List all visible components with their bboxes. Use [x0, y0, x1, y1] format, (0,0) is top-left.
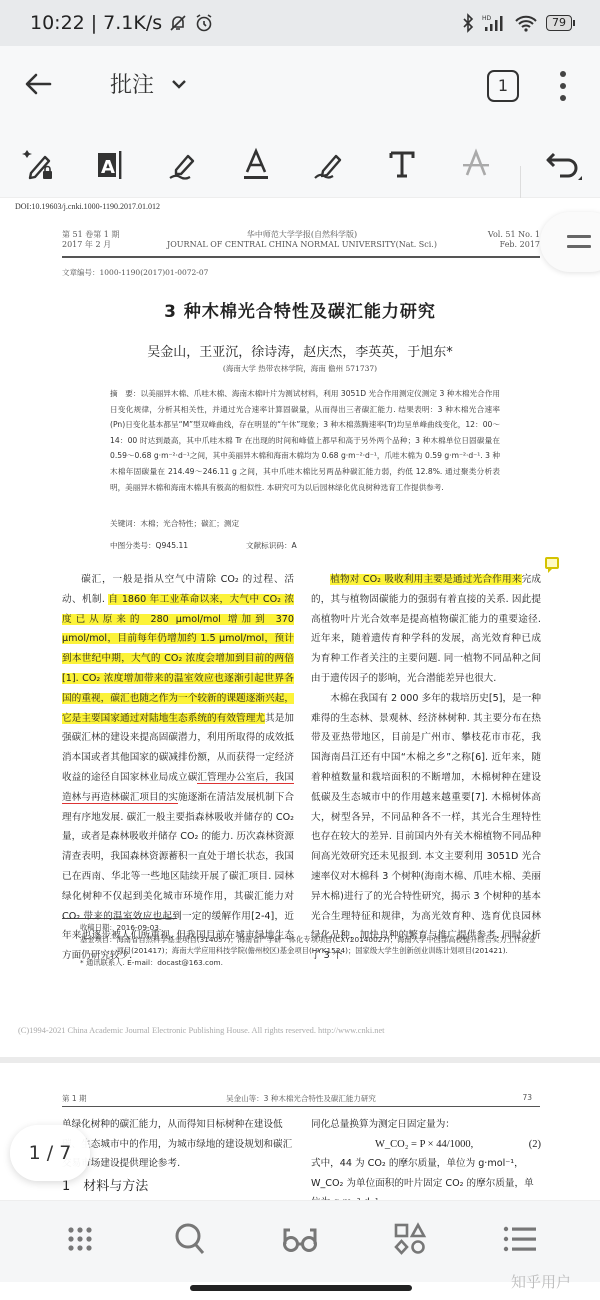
bottom-navigation: [0, 1200, 600, 1282]
network-speed: 7.1K/s: [103, 12, 162, 34]
shapes-icon: [393, 1222, 427, 1256]
mode-selector[interactable]: 批注: [110, 68, 188, 99]
formula-number: (2): [529, 1135, 541, 1155]
article-number: 文章编号：1000-1190(2017)01-0072-07: [62, 267, 208, 278]
pen-icon: [311, 147, 345, 181]
tools-button[interactable]: [390, 1219, 430, 1259]
section-heading: 1 材料与方法: [62, 1177, 294, 1197]
text-select-tool[interactable]: A: [90, 144, 130, 184]
highlighter-tool[interactable]: [162, 144, 202, 184]
underline-icon: [239, 147, 273, 181]
undo-button[interactable]: [544, 144, 584, 184]
mode-title: 批注: [110, 68, 154, 99]
highlight-annotation[interactable]: 植物对 CO₂ 吸收利用主要是通过光合作用来: [330, 574, 521, 585]
footnote-divider: [62, 918, 177, 919]
abstract: 摘 要：以美丽异木棉、爪哇木棉、海南木棉叶片为测试材料，利用 3051D 光合作…: [110, 386, 500, 495]
body-text: 完成的，其与植物固碳能力的强弱有着直接的关系. 因此提高植物叶片光合效率是提高植…: [311, 574, 541, 684]
strikethrough-tool[interactable]: [456, 144, 496, 184]
clc-number: 中图分类号：Q945.11: [110, 541, 188, 550]
text-tool[interactable]: [382, 144, 422, 184]
back-arrow-icon: [22, 68, 54, 100]
formula-expression: W_CO₂ = P × 44/1000,: [375, 1135, 473, 1155]
dot-icon: [560, 95, 566, 101]
body-text: 单绿化树种的碳汇能力，从而得知目标树种在建设低碳、生态城市中的作用，为城市绿地的…: [62, 1115, 294, 1174]
outline-button[interactable]: [500, 1219, 540, 1259]
page-indicator[interactable]: 1 / 7: [10, 1125, 90, 1181]
mute-bell-icon: [168, 13, 188, 33]
pdf-page-2: 第 1 期 吴金山等：3 种木棉光合特性及碳汇能力研究 73 单绿化树种的碳汇能…: [0, 1063, 600, 1200]
dot-icon: [560, 71, 566, 77]
handle-line-icon: [567, 235, 591, 238]
list-icon: [503, 1224, 537, 1254]
doi: DOI:10.19603/j.cnki.1000-1190.2017.01.01…: [15, 202, 160, 211]
page-2-header: 第 1 期 吴金山等：3 种木棉光合特性及碳汇能力研究 73: [62, 1093, 540, 1107]
journal-name-en: JOURNAL OF CENTRAL CHINA NORMAL UNIVERSI…: [152, 240, 452, 250]
contact-info: * 通讯联系人. E-mail：docast@163.com.: [80, 957, 540, 969]
paper-title: 3 种木棉光合特性及碳汇能力研究: [0, 297, 600, 322]
thumbnails-button[interactable]: [60, 1219, 100, 1259]
page-2-right-column: 同化总量换算为测定日固定量为： W_CO₂ = P × 44/1000,(2) …: [311, 1115, 541, 1200]
hd-signal-icon: HD: [482, 13, 506, 33]
page-number: 73: [522, 1093, 532, 1102]
svg-text:A: A: [101, 157, 115, 178]
text-select-icon: A: [93, 147, 127, 181]
more-options-button[interactable]: [556, 68, 570, 104]
affiliation: (海南大学 热带农林学院，海南 儋州 571737): [0, 363, 600, 374]
highlight-annotation[interactable]: 自 1860 年工业革命以来，大气中 CO₂ 浓度已从原来的 280 μmol/…: [62, 594, 294, 724]
footnotes: 收稿日期：2016-09-03. 基金项目：海南省自然科学基金项目(314057…: [80, 922, 540, 968]
journal-header: 第 51 卷第 1 期2017 年 2 月 华中师范大学学报(自然科学版)JOU…: [62, 230, 540, 258]
highlighter-icon: [165, 147, 199, 181]
search-icon: [173, 1222, 207, 1256]
battery-icon: 79: [546, 15, 572, 31]
document-viewer[interactable]: DOI:10.19603/j.cnki.1000-1190.2017.01.01…: [0, 198, 600, 1200]
side-panel-handle[interactable]: [540, 212, 600, 272]
pdf-page-1: DOI:10.19603/j.cnki.1000-1190.2017.01.01…: [0, 198, 600, 1056]
month-year: Feb. 2017: [488, 240, 540, 250]
reading-mode-button[interactable]: [280, 1219, 320, 1259]
smart-pen-locked-icon: [21, 147, 55, 181]
home-indicator[interactable]: [190, 1285, 412, 1291]
body-right-column: 植物对 CO₂ 吸收利用主要是通过光合作用来完成的，其与植物固碳能力的强弱有着直…: [311, 570, 541, 966]
annotation-toolbar: A: [0, 126, 600, 198]
pen-tool[interactable]: [308, 144, 348, 184]
strikethrough-icon: [459, 147, 493, 181]
alarm-icon: [194, 13, 214, 33]
text-icon: [385, 147, 419, 181]
formula: W_CO₂ = P × 44/1000,(2): [311, 1135, 541, 1155]
wifi-icon: [514, 13, 538, 33]
search-button[interactable]: [170, 1219, 210, 1259]
vol-no: Vol. 51 No. 1: [488, 230, 540, 240]
chevron-down-icon: [170, 75, 188, 93]
fund-text: 海南省自然科学基金项目(314057)；海南省产学研一体化专项项目(CXY201…: [116, 934, 540, 957]
annotation-count-button[interactable]: 1: [487, 70, 519, 102]
handle-line-icon: [567, 245, 591, 248]
dot-icon: [560, 83, 566, 89]
volume-issue: 第 51 卷第 1 期: [62, 230, 119, 240]
journal-name-cn: 华中师范大学学报(自然科学版): [152, 230, 452, 240]
back-button[interactable]: [22, 68, 58, 104]
grid-dots-icon: [66, 1225, 94, 1253]
fund-label: 基金项目：: [80, 934, 116, 957]
authors: 吴金山，王亚沉，徐诗涛，赵庆杰，李英英，于旭东*: [0, 341, 600, 360]
body-text: 式中，44 为 CO₂ 的摩尔质量，单位为 g·mol⁻¹，W_CO₂ 为单位面…: [311, 1154, 541, 1200]
underline-tool[interactable]: [236, 144, 276, 184]
body-left-column: 碳汇，一般是指从空气中清除 CO₂ 的过程、活动、机制. 自 1860 年工业革…: [62, 570, 294, 966]
status-bar: 10:22 | 7.1K/s HD 79: [0, 0, 600, 46]
issue-date: 2017 年 2 月: [62, 240, 119, 250]
undo-icon: [544, 144, 584, 184]
keywords: 关键词：木棉；光合特性；碳汇；测定: [110, 518, 239, 529]
separator: |: [91, 12, 97, 34]
body-text: 同化总量换算为测定日固定量为：: [311, 1115, 541, 1135]
page-2-left-column: 单绿化树种的碳汇能力，从而得知目标树种在建设低碳、生态城市中的作用，为城市绿地的…: [62, 1115, 294, 1196]
smart-pen-tool[interactable]: [18, 144, 58, 184]
comment-note-icon[interactable]: [545, 557, 559, 569]
received-date: 收稿日期：2016-09-03.: [80, 922, 540, 934]
classification: 中图分类号：Q945.11文献标识码：A: [110, 540, 500, 551]
watermark: 知乎用户: [511, 1271, 571, 1292]
copyright-notice: (C)1994-2021 China Academic Journal Elec…: [18, 1026, 385, 1035]
running-title: 吴金山等：3 种木棉光合特性及碳汇能力研究: [62, 1093, 540, 1104]
app-bar: 批注 1: [0, 46, 600, 126]
clock: 10:22: [30, 12, 85, 34]
bluetooth-icon: [462, 13, 474, 33]
glasses-icon: [282, 1222, 318, 1256]
document-code: 文献标识码：A: [246, 540, 297, 551]
svg-text:HD: HD: [482, 15, 492, 22]
